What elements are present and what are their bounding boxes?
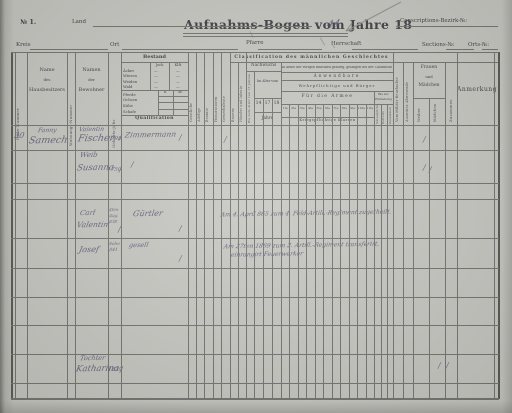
bestand-money-row: Ochsen	[123, 98, 137, 102]
hw-tick: ∕	[423, 136, 426, 144]
grid-line	[121, 90, 188, 91]
grid-line	[494, 52, 495, 399]
hw-owner-first: Fanny	[37, 128, 57, 134]
wehr-band: Wehrpflichtige und Bürger	[282, 84, 392, 88]
grid-line	[11, 125, 499, 126]
grid-line	[281, 91, 393, 92]
classification-intro: In keine der vorigen Rubriken gehörig, g…	[282, 66, 392, 69]
hw-tick: ∕	[438, 362, 441, 370]
beurlaubte-col: Vom Militär Beurlaubte	[396, 66, 399, 122]
grid-line	[246, 52, 247, 399]
grid-line	[213, 52, 214, 399]
class-caption: Kriegspflichtige Klassen	[281, 119, 374, 123]
grid-line	[173, 90, 174, 115]
im-alter-label: Im Alter vom	[254, 80, 281, 83]
bestand-dash: —	[176, 80, 180, 84]
class-cell: 4te	[306, 107, 314, 116]
grid-line	[93, 26, 312, 27]
grid-line	[11, 52, 499, 53]
class-cell: 2te	[289, 107, 297, 116]
label-sections-no: Sections-№:	[422, 43, 455, 49]
grid-line	[122, 49, 238, 50]
bestand-land-row: Wald	[123, 85, 132, 89]
grid-line	[393, 52, 394, 399]
bis-cell-line2: Enthebung	[374, 98, 393, 101]
bestand-dash: —	[154, 80, 158, 84]
hw-date-line: Aug.	[109, 214, 120, 218]
label-land: Land	[72, 20, 86, 26]
jahre-label: Jahre	[254, 116, 281, 120]
women-header-line3: Mädchen	[413, 84, 445, 89]
col-remark: Anmerkung	[457, 87, 495, 93]
grid-line	[11, 199, 499, 200]
bestand-dash: —	[176, 74, 180, 78]
bestand-dash: —	[154, 85, 158, 89]
micro-col: Zusammen	[389, 106, 392, 124]
bestand-dash: —	[176, 85, 180, 89]
hw-relation: Weib	[79, 152, 98, 159]
women-col-weiber: Weiber	[418, 100, 422, 122]
grid-line	[281, 72, 393, 73]
nachwuchs-header: Nachwuchs	[246, 64, 281, 68]
grid-line	[121, 52, 122, 399]
bestand-qualification: Qualification	[121, 117, 188, 122]
grid-line	[11, 52, 13, 399]
hw-qualification: Gürtler	[132, 210, 163, 219]
hw-tick: ∕	[179, 225, 182, 233]
grid-line	[169, 62, 170, 90]
grid-line	[387, 104, 388, 399]
grid-line	[230, 52, 231, 399]
age-cell: 14	[254, 102, 263, 107]
label-ort: Ort	[110, 43, 119, 49]
grid-line	[11, 354, 499, 355]
class-cell: 7te	[332, 107, 340, 116]
hw-note-line2: einrangirt Feuerwerker	[230, 251, 303, 258]
scanned-conscription-form: № 1. Land Aufnahms-Bogen vom Jahre 18 44…	[0, 0, 512, 413]
grid-line	[11, 183, 499, 184]
class-cat: Honoratioren	[215, 64, 218, 122]
grid-line	[349, 104, 350, 399]
grid-line	[445, 62, 446, 399]
grid-line	[457, 52, 458, 399]
col-residents-line1: Namen	[75, 68, 108, 73]
grid-line	[332, 104, 333, 399]
hw-date-line: 4ten	[109, 208, 119, 212]
grid-line	[281, 104, 393, 105]
micro-col: Untaugliche	[376, 106, 379, 124]
grid-line	[11, 238, 499, 239]
label-herrschaft: Herrschaft	[331, 42, 361, 48]
grid-line	[403, 62, 404, 399]
grid-line	[75, 52, 76, 399]
class-cat: Geistliche	[190, 64, 193, 122]
armee-band: Für die Armee	[282, 95, 373, 99]
grid-line	[221, 52, 222, 399]
col-owner-line2: des	[27, 78, 67, 82]
anwendbare-band: Anwendbare	[282, 74, 392, 78]
class-cat: Häusler und Inleute	[240, 66, 243, 122]
grid-line	[67, 52, 68, 399]
col-residents-line3: Bewohner	[75, 88, 108, 93]
grid-line	[254, 112, 281, 113]
grid-line	[11, 383, 499, 384]
bestand-land-row: Äcker	[123, 69, 134, 73]
grid-line	[381, 104, 382, 399]
hw-relation: Sohn	[109, 242, 121, 246]
bestand-money-row: Schafe	[123, 110, 136, 114]
label-kreis: Kreis	[16, 43, 31, 49]
grid-line	[254, 71, 255, 399]
grid-line	[108, 52, 109, 399]
hw-tick: ∕	[179, 134, 182, 142]
bestand-col-kr: kr.	[173, 91, 188, 94]
hw-resident-last: Valentin	[76, 221, 109, 229]
pencil-mark	[320, 37, 325, 45]
grid-line	[121, 115, 188, 116]
grid-line	[121, 62, 188, 63]
grid-line	[158, 90, 159, 115]
class-cell: 10te	[357, 107, 365, 116]
grid-line	[11, 150, 499, 151]
class-cell: 11te	[366, 107, 374, 116]
bis-cell-line1: Bis zur	[374, 93, 393, 96]
hw-owner-last: Samech	[28, 136, 68, 146]
grid-line	[11, 398, 499, 400]
grid-line	[289, 104, 290, 399]
women-header-line2: und	[413, 75, 445, 79]
hw-resident-first: Carl	[79, 210, 96, 217]
grid-line	[315, 104, 316, 399]
col-residents-line2: der	[75, 78, 108, 82]
class-cat: Bauern	[232, 66, 235, 122]
label-orts-no: Orts-№:	[468, 43, 489, 49]
grid-line	[413, 62, 414, 399]
grid-line	[230, 62, 498, 63]
bestand-dash: —	[154, 69, 158, 73]
women-col-maedchen: Mädchen	[434, 100, 438, 122]
grid-line	[15, 52, 16, 399]
hw-qualification: Zimmermann	[124, 131, 177, 139]
hw-tick: ∕	[446, 362, 449, 370]
grid-line	[306, 104, 307, 399]
grid-line	[352, 49, 418, 50]
class-cat: Adelige	[198, 64, 201, 122]
grid-line	[281, 62, 282, 399]
grid-line	[11, 325, 499, 326]
bestand-title: Bestand	[121, 55, 188, 60]
bestand-col-fl: fl.	[158, 91, 173, 94]
col-owner-line3: Hausbesitzers	[27, 88, 67, 93]
grid-line	[482, 49, 498, 50]
abwesende-col: Auswärts Abwesende	[406, 66, 409, 122]
zusammen-col: Zusammen	[449, 64, 453, 122]
bestand-money-row: Pferde	[123, 93, 136, 97]
grid-line	[11, 268, 499, 269]
grid-line	[188, 52, 189, 399]
col-owner-line1: Name	[27, 68, 67, 73]
grid-line	[183, 36, 348, 37]
hw-tick: ∕	[224, 136, 227, 144]
bestand-col-joch: Joch	[150, 64, 169, 68]
bestand-col-klft: Klft.	[169, 64, 188, 68]
class-cell: 8te	[340, 107, 348, 116]
class-cat: Beamte	[206, 64, 209, 122]
grid-line	[323, 104, 324, 399]
class-cat: Gewerbsleute	[223, 64, 226, 122]
hw-tick: ∕	[423, 164, 426, 172]
sheet-number: № 1.	[20, 19, 36, 26]
grid-line	[413, 98, 445, 99]
grid-line	[11, 297, 499, 298]
grid-line	[246, 71, 281, 72]
grid-line	[446, 49, 474, 50]
hw-name: Josef	[78, 246, 99, 254]
col-house-number: Haus-Nummer	[16, 70, 20, 140]
class-cell: 9te	[349, 107, 357, 116]
class-number-row: 1te 2te 3te 4te 5te 6te 7te 8te 9te 10te…	[281, 107, 374, 116]
bestand-dash: —	[176, 69, 180, 73]
grid-line	[396, 26, 498, 27]
pencil-arrow	[325, 0, 405, 38]
grid-line	[281, 117, 374, 118]
grid-line	[204, 52, 205, 399]
grid-line	[258, 49, 322, 50]
classification-title: Classification des männlichen Geschlecht…	[230, 56, 393, 60]
grid-line	[254, 98, 281, 99]
under-13-label: Bis zum Alter von 13 Jahren	[248, 74, 251, 123]
grid-line	[298, 104, 299, 399]
grid-line	[30, 49, 108, 50]
col-dwelling-number: Wohnungs-Nummer	[69, 66, 73, 146]
hw-tick: ∕	[131, 161, 134, 169]
grid-line	[196, 52, 197, 399]
hw-date-line: 838	[109, 220, 118, 224]
bestand-land-row: Weiden	[123, 80, 137, 84]
class-cell: 6te	[323, 107, 331, 116]
grid-line	[27, 52, 28, 399]
grid-line	[498, 52, 500, 399]
micro-col: Befreite	[382, 106, 385, 124]
label-pfarre: Pfarre	[246, 41, 264, 47]
bestand-land-row: Wiesen	[123, 74, 137, 78]
class-cell: 5te	[315, 107, 323, 116]
grid-line	[281, 80, 393, 81]
grid-line	[366, 104, 367, 399]
age-cell: 18	[272, 102, 281, 107]
grid-line	[183, 33, 348, 34]
bestand-money-row: Kühe	[123, 104, 133, 108]
grid-line	[340, 104, 341, 399]
grid-line	[374, 91, 375, 399]
grid-line	[150, 62, 151, 90]
hw-relation: Tochter	[79, 355, 105, 362]
hw-tick: ∕	[179, 255, 182, 263]
women-header-line1: Frauen	[413, 66, 445, 71]
hw-qualification: gesell	[128, 242, 149, 249]
grid-line	[357, 104, 358, 399]
grid-line	[238, 62, 239, 399]
bestand-dash: —	[154, 74, 158, 78]
age-cell: 17	[263, 102, 272, 107]
hw-birth-year: 841	[109, 249, 119, 254]
label-conscription-district: Conscriptions-Bezirk-№:	[400, 19, 467, 25]
